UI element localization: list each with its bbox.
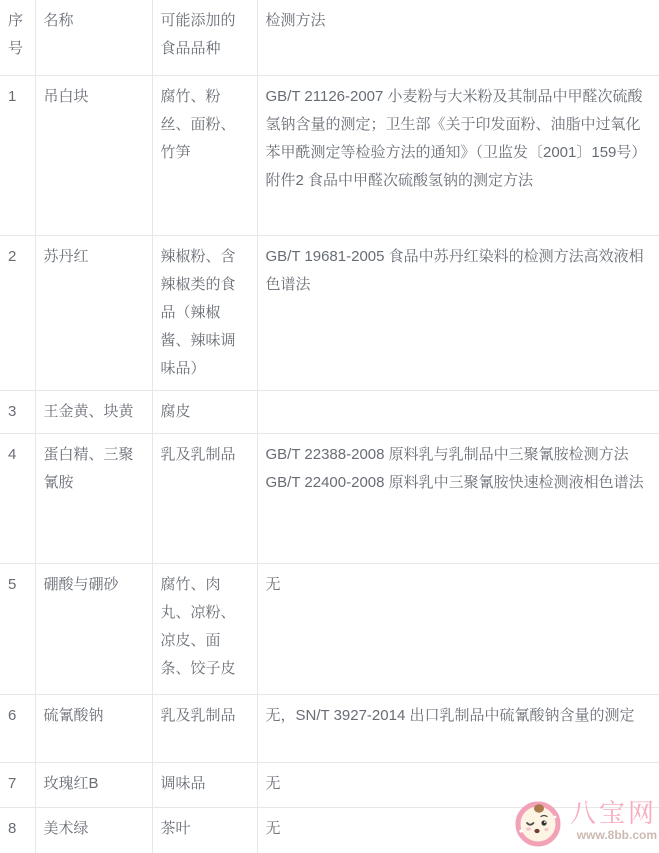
- header-method: 检测方法: [257, 0, 659, 75]
- header-no: 序号: [0, 0, 35, 75]
- table-row: 3 王金黄、块黄 腐皮: [0, 390, 659, 433]
- table-row: 4 蛋白精、三聚氰胺 乳及乳制品 GB/T 22388-2008 原料乳与乳制品…: [0, 433, 659, 563]
- cell-method: 无: [257, 563, 659, 694]
- additives-table: 序号 名称 可能添加的食品品种 检测方法 1 吊白块 腐竹、粉丝、面粉、竹笋 G…: [0, 0, 659, 853]
- watermark-site-name: 八宝网: [570, 798, 657, 828]
- site-watermark: 八宝网 www.8bb.com: [515, 798, 657, 847]
- cell-no: 1: [0, 75, 35, 235]
- cell-no: 4: [0, 433, 35, 563]
- header-foods: 可能添加的食品品种: [152, 0, 257, 75]
- cell-foods: 辣椒粉、含辣椒类的食品（辣椒酱、辣味调味品）: [152, 235, 257, 390]
- table-row: 2 苏丹红 辣椒粉、含辣椒类的食品（辣椒酱、辣味调味品） GB/T 19681-…: [0, 235, 659, 390]
- table-header-row: 序号 名称 可能添加的食品品种 检测方法: [0, 0, 659, 75]
- cell-foods: 腐竹、粉丝、面粉、竹笋: [152, 75, 257, 235]
- cell-name: 美术绿: [35, 807, 152, 853]
- cell-no: 5: [0, 563, 35, 694]
- cell-foods: 调味品: [152, 762, 257, 807]
- cell-foods: 乳及乳制品: [152, 433, 257, 563]
- watermark-text: 八宝网 www.8bb.com: [570, 798, 657, 842]
- watermark-site-url: www.8bb.com: [577, 828, 657, 842]
- cell-no: 2: [0, 235, 35, 390]
- cell-method: GB/T 19681-2005 食品中苏丹红染料的检测方法高效液相色谱法: [257, 235, 659, 390]
- cell-name: 硫氰酸钠: [35, 694, 152, 762]
- page: 序号 名称 可能添加的食品品种 检测方法 1 吊白块 腐竹、粉丝、面粉、竹笋 G…: [0, 0, 659, 853]
- cell-foods: 茶叶: [152, 807, 257, 853]
- cell-method: GB/T 22388-2008 原料乳与乳制品中三聚氰胺检测方法 GB/T 22…: [257, 433, 659, 563]
- cell-no: 6: [0, 694, 35, 762]
- cell-no: 8: [0, 807, 35, 853]
- table-row: 1 吊白块 腐竹、粉丝、面粉、竹笋 GB/T 21126-2007 小麦粉与大米…: [0, 75, 659, 235]
- cell-name: 王金黄、块黄: [35, 390, 152, 433]
- cell-method: [257, 390, 659, 433]
- cell-method: GB/T 21126-2007 小麦粉与大米粉及其制品中甲醛次硫酸氢钠含量的测定…: [257, 75, 659, 235]
- cell-name: 苏丹红: [35, 235, 152, 390]
- cell-method: 无，SN/T 3927-2014 出口乳制品中硫氰酸钠含量的测定: [257, 694, 659, 762]
- table-row: 5 硼酸与硼砂 腐竹、肉丸、凉粉、凉皮、面条、饺子皮 无: [0, 563, 659, 694]
- baby-logo-icon: [515, 801, 561, 847]
- cell-foods: 腐竹、肉丸、凉粉、凉皮、面条、饺子皮: [152, 563, 257, 694]
- header-name: 名称: [35, 0, 152, 75]
- table-row: 6 硫氰酸钠 乳及乳制品 无，SN/T 3927-2014 出口乳制品中硫氰酸钠…: [0, 694, 659, 762]
- cell-foods: 腐皮: [152, 390, 257, 433]
- cell-name: 玫瑰红B: [35, 762, 152, 807]
- cell-name: 蛋白精、三聚氰胺: [35, 433, 152, 563]
- cell-no: 3: [0, 390, 35, 433]
- cell-no: 7: [0, 762, 35, 807]
- cell-name: 硼酸与硼砂: [35, 563, 152, 694]
- cell-foods: 乳及乳制品: [152, 694, 257, 762]
- cell-name: 吊白块: [35, 75, 152, 235]
